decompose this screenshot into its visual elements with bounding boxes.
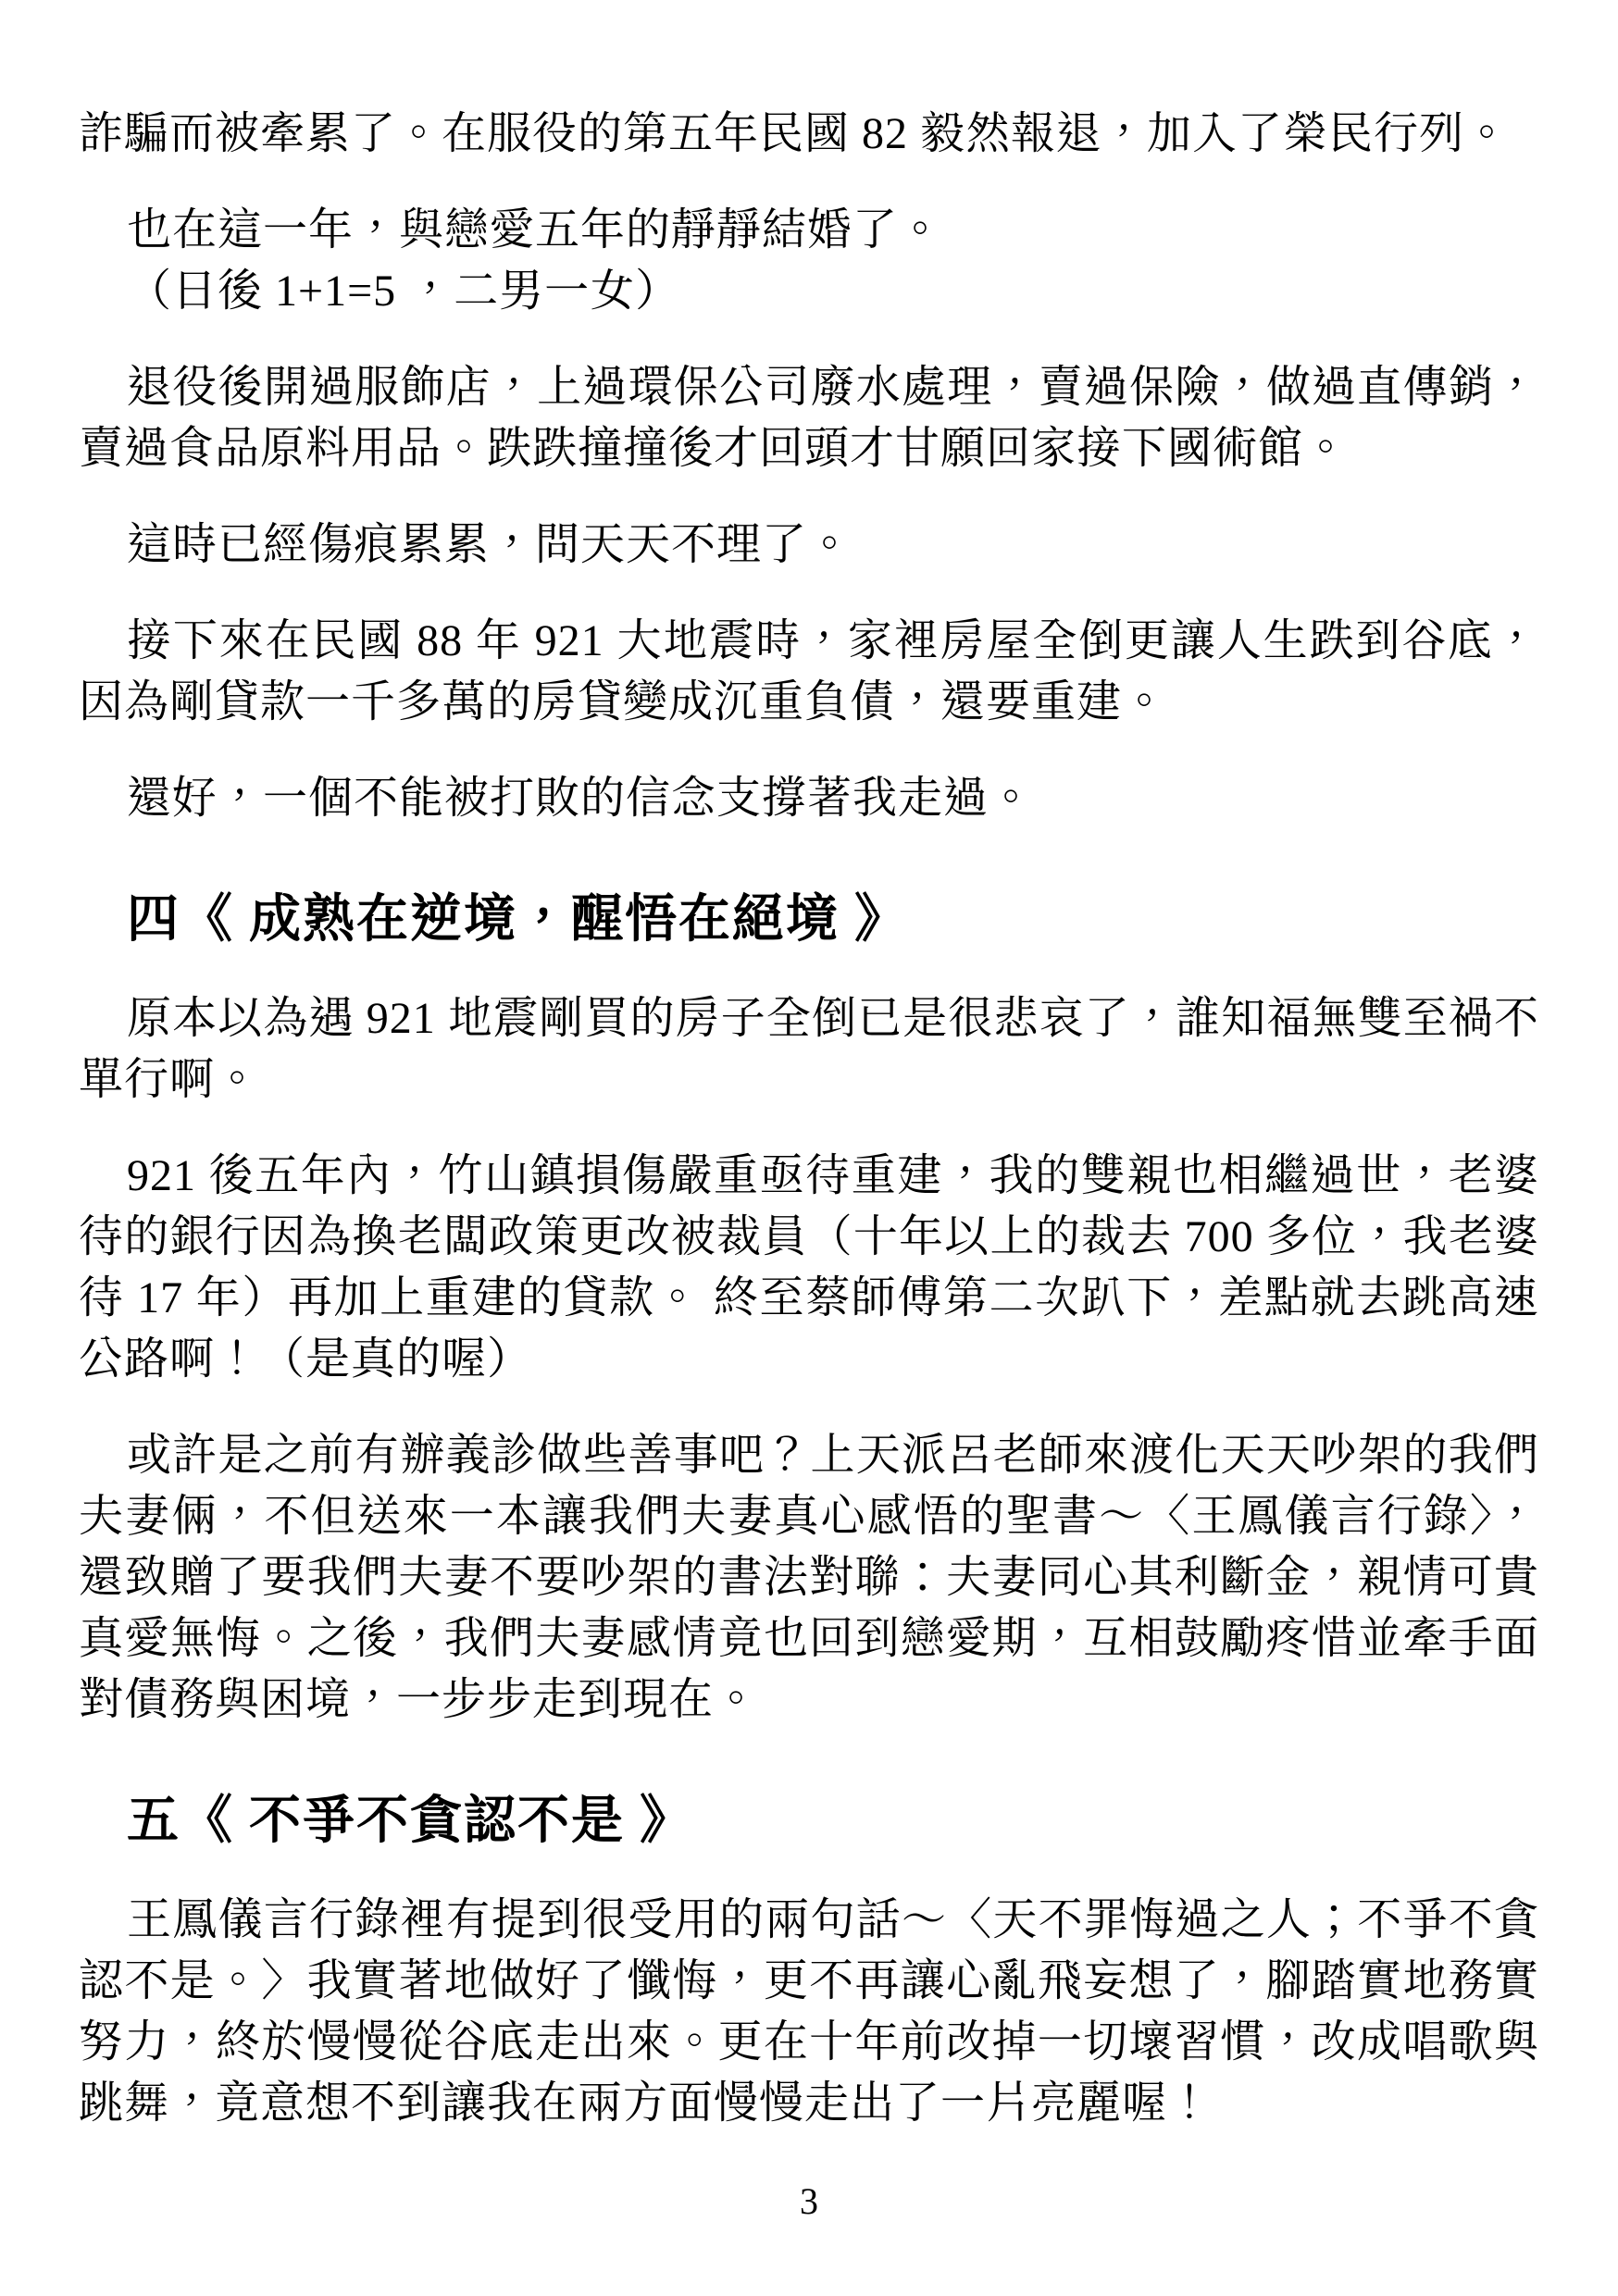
paragraph: 這時已經傷痕累累，問天天不理了。 [79, 515, 1539, 576]
section-heading: 五《 不爭不貪認不是 》 [79, 1788, 1539, 1855]
section-heading: 四《 成熟在逆境，醒悟在絕境 》 [79, 887, 1539, 953]
paragraph: 或許是之前有辦義診做些善事吧？上天派呂老師來渡化天天吵架的我們夫妻倆，不但送來一… [79, 1425, 1539, 1731]
paragraph: 詐騙而被牽累了。在服役的第五年民國 82 毅然報退，加入了榮民行列。 [79, 104, 1539, 165]
paragraph: 原本以為遇 921 地震剛買的房子全倒已是很悲哀了，誰知福無雙至禍不單行啊。 [79, 988, 1539, 1111]
paragraph: 還好，一個不能被打敗的信念支撐著我走過。 [79, 768, 1539, 829]
paragraph: （日後 1+1=5 ，二男一女） [79, 261, 1539, 322]
paragraph: 王鳳儀言行錄裡有提到很受用的兩句話～〈天不罪悔過之人；不爭不貪認不是。〉我實著地… [79, 1890, 1539, 2134]
document-body: 詐騙而被牽累了。在服役的第五年民國 82 毅然報退，加入了榮民行列。也在這一年，… [79, 104, 1539, 2134]
document-page: 詐騙而被牽累了。在服役的第五年民國 82 毅然報退，加入了榮民行列。也在這一年，… [0, 0, 1618, 2296]
page-number: 3 [800, 2180, 818, 2222]
page-footer: 3 [0, 2179, 1618, 2224]
paragraph: 退役後開過服飾店，上過環保公司廢水處理，賣過保險，做過直傳銷，賣過食品原料用品。… [79, 357, 1539, 479]
paragraph: 接下來在民國 88 年 921 大地震時，家裡房屋全倒更讓人生跌到谷底，因為剛貸… [79, 611, 1539, 733]
paragraph: 也在這一年，與戀愛五年的靜靜結婚了。 [79, 200, 1539, 261]
paragraph: 921 後五年內，竹山鎮損傷嚴重亟待重建，我的雙親也相繼過世，老婆待的銀行因為換… [79, 1146, 1539, 1390]
